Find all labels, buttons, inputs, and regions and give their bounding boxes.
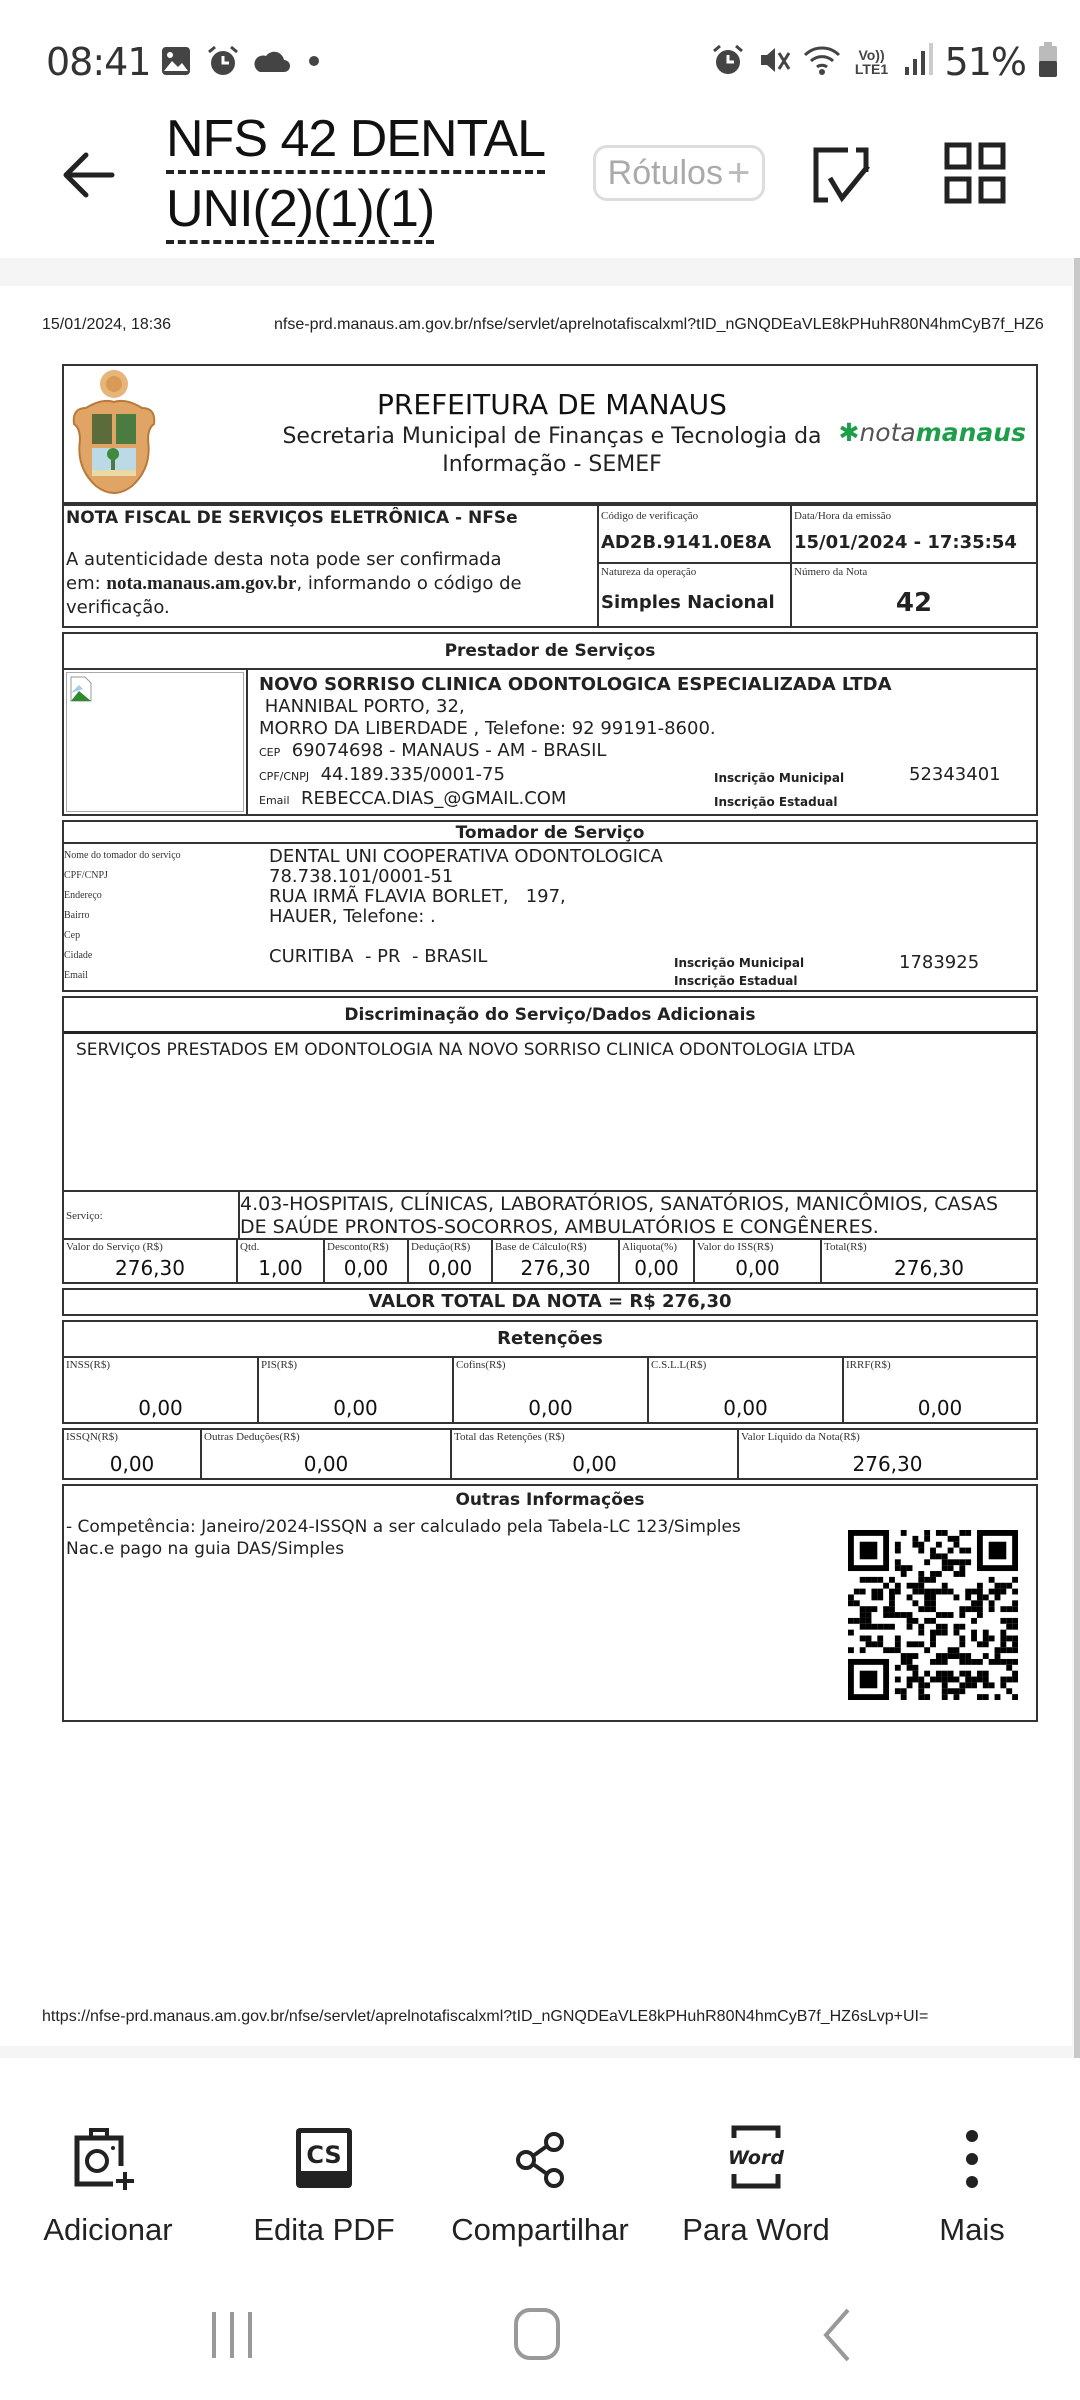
- tomador-heading: Tomador de Serviço: [64, 822, 1036, 844]
- to-word-label: Para Word: [656, 2212, 856, 2248]
- mute-icon: [757, 43, 791, 82]
- cell-label: ISSQN(R$): [66, 1431, 118, 1443]
- cell-value: 0,00: [64, 1396, 257, 1420]
- cell-label: Base de Cálculo(R$): [495, 1241, 587, 1253]
- value-cell: Aliquota(%)0,00: [620, 1240, 695, 1282]
- recents-button[interactable]: [208, 2310, 258, 2365]
- battery-percent: 51%: [945, 40, 1026, 84]
- share-label: Compartilhar: [440, 2212, 640, 2248]
- document-title-line2: UNI(2)(1)(1): [166, 180, 434, 244]
- value-cell: Total das Retenções (R$)0,00: [452, 1430, 739, 1478]
- tomador-row-label: Cidade: [64, 950, 92, 961]
- tomador-row: EndereçoRUA IRMÃ FLAVIA BORLET, 197,: [64, 886, 1034, 906]
- discriminacao-section: Discriminação do Serviço/Dados Adicionai…: [62, 996, 1038, 1194]
- cell-label: Aliquota(%): [622, 1241, 677, 1253]
- tomador-row: BairroHAUER, Telefone: .: [64, 906, 1034, 926]
- tomador-im-label: Inscrição Municipal: [674, 956, 804, 970]
- print-date: 15/01/2024, 18:36: [42, 316, 171, 333]
- cell-value: 1,00: [238, 1256, 323, 1280]
- cell-label: PIS(R$): [261, 1359, 297, 1371]
- status-time: 08:41: [46, 40, 151, 84]
- data-emissao-label: Data/Hora da emissão: [794, 510, 891, 522]
- tomador-row: Cep: [64, 926, 1034, 946]
- cell-value: 0,00: [325, 1256, 407, 1280]
- cell-value: 0,00: [409, 1256, 491, 1280]
- cell-value: 0,00: [259, 1396, 452, 1420]
- natureza-value: Simples Nacional: [601, 592, 775, 613]
- cell-label: Desconto(R$): [327, 1241, 389, 1253]
- email-label: Email: [259, 794, 290, 807]
- cell-value: 0,00: [695, 1256, 820, 1280]
- tomador-row-value: DENTAL UNI COOPERATIVA ODONTOLOGICA: [269, 846, 663, 867]
- value-cell: Outras Deduções(R$)0,00: [202, 1430, 452, 1478]
- value-cell: Dedução(R$)0,00: [409, 1240, 493, 1282]
- value-cell: Valor do Serviço (R$)276,30: [64, 1240, 238, 1282]
- nfse-info: NOTA FISCAL DE SERVIÇOS ELETRÔNICA - NFS…: [62, 504, 1038, 628]
- more-button[interactable]: Mais: [872, 2120, 1072, 2248]
- tomador-row-label: Cep: [64, 930, 80, 941]
- cell-value: 0,00: [620, 1256, 693, 1280]
- tomador-row-value: RUA IRMÃ FLAVIA BORLET, 197,: [269, 886, 566, 907]
- data-emissao-value: 15/01/2024 - 17:35:54: [794, 532, 1017, 553]
- print-footer-url: https://nfse-prd.manaus.am.gov.br/nfse/s…: [42, 2008, 928, 2026]
- tomador-row-label: CPF/CNPJ: [64, 870, 108, 881]
- tomador-row-value: CURITIBA - PR - BRASIL: [269, 946, 487, 967]
- retencoes-section: Retenções INSS(R$)0,00PIS(R$)0,00Cofins(…: [62, 1320, 1038, 1424]
- natureza-label: Natureza da operação: [601, 566, 696, 578]
- authenticity-text: A autenticidade desta nota pode ser conf…: [66, 548, 596, 620]
- print-url: nfse-prd.manaus.am.gov.br/nfse/servlet/a…: [274, 316, 1044, 334]
- asterisk-icon: ✱: [839, 418, 860, 447]
- signal-icon: [903, 43, 933, 82]
- cell-label: Dedução(R$): [411, 1241, 470, 1253]
- auth-site-link[interactable]: nota.manaus.am.gov.br: [106, 573, 296, 594]
- svg-text:CS: CS: [306, 2141, 341, 2169]
- svg-text:Word: Word: [728, 2147, 784, 2169]
- home-icon: [512, 2306, 562, 2362]
- battery-icon: [1038, 42, 1058, 83]
- back-button[interactable]: [54, 140, 124, 210]
- value-cell: Valor Líquido da Nota(R$)276,30: [739, 1430, 1036, 1478]
- prestador-details: NOVO SORRISO CLINICA ODONTOLOGICA ESPECI…: [259, 674, 1029, 812]
- tomador-row-label: Email: [64, 970, 88, 981]
- tomador-row-label: Endereço: [64, 890, 102, 901]
- nav-back-button[interactable]: [822, 2308, 852, 2367]
- tomador-row-label: Bairro: [64, 910, 90, 921]
- labels-button[interactable]: Rótulos +: [593, 145, 765, 201]
- value-cell: Cofins(R$)0,00: [454, 1358, 649, 1422]
- prefeitura-title: PREFEITURA DE MANAUS: [64, 388, 1040, 421]
- tomador-row: CidadeCURITIBA - PR - BRASIL: [64, 946, 1034, 966]
- more-label: Mais: [872, 2212, 1072, 2248]
- value-cell: C.S.L.L(R$)0,00: [649, 1358, 844, 1422]
- valor-total: VALOR TOTAL DA NOTA = R$ 276,30: [62, 1288, 1038, 1316]
- scrollbar[interactable]: [1074, 258, 1080, 2058]
- home-button[interactable]: [512, 2306, 562, 2367]
- cep-label: CEP: [259, 746, 280, 759]
- cell-value: 0,00: [64, 1452, 200, 1476]
- value-cell: Base de Cálculo(R$)276,30: [493, 1240, 620, 1282]
- cell-label: INSS(R$): [66, 1359, 110, 1371]
- cnpj-label: CPF/CNPJ: [259, 770, 309, 783]
- alarm-icon: [711, 43, 745, 82]
- tomador-row-value: 78.738.101/0001-51: [269, 866, 453, 887]
- tomador-im-value: 1783925: [899, 952, 979, 973]
- outras-heading: Outras Informações: [64, 1490, 1036, 1510]
- cell-label: Total(R$): [824, 1241, 867, 1253]
- prestador-section: Prestador de Serviços NOVO SORRISO CLINI…: [62, 632, 1038, 816]
- discriminacao-heading: Discriminação do Serviço/Dados Adicionai…: [64, 998, 1036, 1034]
- servico-label: Serviço:: [66, 1210, 103, 1222]
- cloud-icon: [254, 48, 290, 79]
- camera-add-icon: [73, 2126, 143, 2190]
- grid-icon: [944, 142, 1006, 204]
- cell-value: 0,00: [844, 1396, 1036, 1420]
- more-vert-icon: [962, 2128, 982, 2190]
- word-icon: Word: [726, 2124, 786, 2190]
- pdf-page: 15/01/2024, 18:36 nfse-prd.manaus.am.gov…: [0, 286, 1072, 2046]
- cell-label: Cofins(R$): [456, 1359, 506, 1371]
- labels-button-text: Rótulos: [608, 154, 723, 193]
- tomador-row: Email: [64, 966, 1034, 986]
- outras-informacoes-section: Outras Informações - Competência: Janeir…: [62, 1484, 1038, 1722]
- share-button[interactable]: Compartilhar: [440, 2120, 640, 2248]
- nav-back-icon: [822, 2308, 852, 2362]
- dot-icon: [304, 51, 324, 76]
- im-label: Inscrição Municipal: [714, 767, 844, 789]
- cell-label: Outras Deduções(R$): [204, 1431, 300, 1443]
- checkbox-select-icon: [808, 142, 874, 208]
- app-bar: NFS 42 DENTAL UNI(2)(1)(1) Rótulos +: [0, 100, 1080, 260]
- alarm-icon: [206, 44, 240, 83]
- cell-label: Qtd.: [240, 1241, 259, 1253]
- edit-pdf-label: Edita PDF: [224, 2212, 424, 2248]
- recents-icon: [208, 2310, 258, 2360]
- cell-value: 0,00: [202, 1452, 450, 1476]
- bottom-toolbar: Adicionar CS Edita PDF Compartilhar Word…: [0, 2090, 1080, 2260]
- cell-value: 276,30: [64, 1256, 236, 1280]
- email-value: REBECCA.DIAS_@GMAIL.COM: [301, 788, 566, 809]
- to-word-button[interactable]: Word Para Word: [656, 2120, 856, 2248]
- numero-nota-label: Número da Nota: [794, 566, 867, 578]
- cep-value: 69074698 - MANAUS - AM - BRASIL: [292, 740, 607, 761]
- servico-row: Serviço: 4.03-HOSPITAIS, CLÍNICAS, LABOR…: [62, 1190, 1038, 1240]
- retencoes-row2: ISSQN(R$)0,00Outras Deduções(R$)0,00Tota…: [62, 1428, 1038, 1480]
- cell-value: 276,30: [739, 1452, 1036, 1476]
- prefeitura-subtitle2: Informação - SEMEF: [64, 452, 1040, 477]
- tomador-section: Tomador de Serviço Nome do tomador do se…: [62, 820, 1038, 992]
- plus-icon: +: [727, 151, 750, 196]
- value-cell: INSS(R$)0,00: [64, 1358, 259, 1422]
- im-value: 52343401: [909, 764, 1001, 786]
- codigo-value: AD2B.9141.0E8A: [601, 532, 771, 553]
- cell-value: 0,00: [649, 1396, 842, 1420]
- cell-label: IRRF(R$): [846, 1359, 891, 1371]
- value-cell: ISSQN(R$)0,00: [64, 1430, 202, 1478]
- cell-label: Valor do ISS(R$): [697, 1241, 773, 1253]
- discriminacao-text: SERVIÇOS PRESTADOS EM ODONTOLOGIA NA NOV…: [76, 1040, 855, 1060]
- cs-pdf-icon: CS: [294, 2126, 354, 2190]
- tomador-rows: Nome do tomador do serviçoDENTAL UNI COO…: [64, 846, 1034, 986]
- qr-code: [848, 1530, 1018, 1700]
- cnpj-value: 44.189.335/0001-75: [321, 764, 505, 785]
- grid-view-button[interactable]: [944, 142, 1006, 204]
- prestador-name: NOVO SORRISO CLINICA ODONTOLOGICA ESPECI…: [259, 674, 1029, 696]
- cell-label: C.S.L.L(R$): [651, 1359, 706, 1371]
- servico-value: 4.03-HOSPITAIS, CLÍNICAS, LABORATÓRIOS, …: [240, 1193, 998, 1239]
- ie-label: Inscrição Estadual: [714, 791, 837, 813]
- tomador-row: Nome do tomador do serviçoDENTAL UNI COO…: [64, 846, 1034, 866]
- document-title-line1: NFS 42 DENTAL: [166, 110, 545, 174]
- nfse-heading: NOTA FISCAL DE SERVIÇOS ELETRÔNICA - NFS…: [66, 508, 518, 528]
- cell-value: 276,30: [493, 1256, 618, 1280]
- prestador-address1: HANNIBAL PORTO, 32,: [259, 696, 1029, 718]
- valores-row: Valor do Serviço (R$)276,30Qtd.1,00Desco…: [62, 1238, 1038, 1284]
- cell-label: Valor do Serviço (R$): [66, 1241, 163, 1253]
- select-button[interactable]: [808, 142, 874, 208]
- add-label: Adicionar: [8, 2212, 208, 2248]
- wifi-icon: [803, 43, 841, 82]
- prefeitura-header: PREFEITURA DE MANAUS Secretaria Municipa…: [62, 364, 1038, 504]
- value-cell: Qtd.1,00: [238, 1240, 325, 1282]
- add-button[interactable]: Adicionar: [8, 2120, 208, 2248]
- tomador-row-label: Nome do tomador do serviço: [64, 850, 181, 861]
- print-header: 15/01/2024, 18:36 nfse-prd.manaus.am.gov…: [42, 316, 1072, 334]
- edit-pdf-button[interactable]: CS Edita PDF: [224, 2120, 424, 2248]
- share-icon: [512, 2130, 568, 2190]
- prestador-address2: MORRO DA LIBERDADE , Telefone: 92 99191-…: [259, 718, 1029, 740]
- numero-nota-value: 42: [792, 588, 1036, 618]
- outras-text: - Competência: Janeiro/2024-ISSQN a ser …: [66, 1516, 741, 1560]
- tomador-row-value: HAUER, Telefone: .: [269, 906, 436, 927]
- retencoes-heading: Retenções: [64, 1322, 1036, 1358]
- cell-label: Total das Retenções (R$): [454, 1431, 565, 1443]
- value-cell: Desconto(R$)0,00: [325, 1240, 409, 1282]
- volte-lte1-icon: Vo)) LTE1: [853, 48, 891, 76]
- navigation-bar: [0, 2260, 1080, 2400]
- cell-value: 0,00: [454, 1396, 647, 1420]
- cell-value: 276,30: [822, 1256, 1036, 1280]
- value-cell: Valor do ISS(R$)0,00: [695, 1240, 822, 1282]
- tomador-ie-label: Inscrição Estadual: [674, 974, 797, 988]
- codigo-label: Código de verificação: [601, 510, 698, 522]
- cell-label: Valor Líquido da Nota(R$): [741, 1431, 860, 1443]
- document-viewer[interactable]: 15/01/2024, 18:36 nfse-prd.manaus.am.gov…: [0, 258, 1080, 2058]
- value-cell: PIS(R$)0,00: [259, 1358, 454, 1422]
- cell-value: 0,00: [452, 1452, 737, 1476]
- broken-image-icon: [66, 672, 244, 812]
- prestador-heading: Prestador de Serviços: [64, 634, 1036, 670]
- arrow-left-icon: [54, 140, 124, 210]
- document-title[interactable]: NFS 42 DENTAL UNI(2)(1)(1): [166, 104, 576, 244]
- value-cell: Total(R$)276,30: [822, 1240, 1036, 1282]
- tomador-row: CPF/CNPJ78.738.101/0001-51: [64, 866, 1034, 886]
- value-cell: IRRF(R$)0,00: [844, 1358, 1036, 1422]
- gallery-icon: [160, 45, 192, 82]
- notamanaus-logo: ✱notamanaus: [839, 418, 1027, 447]
